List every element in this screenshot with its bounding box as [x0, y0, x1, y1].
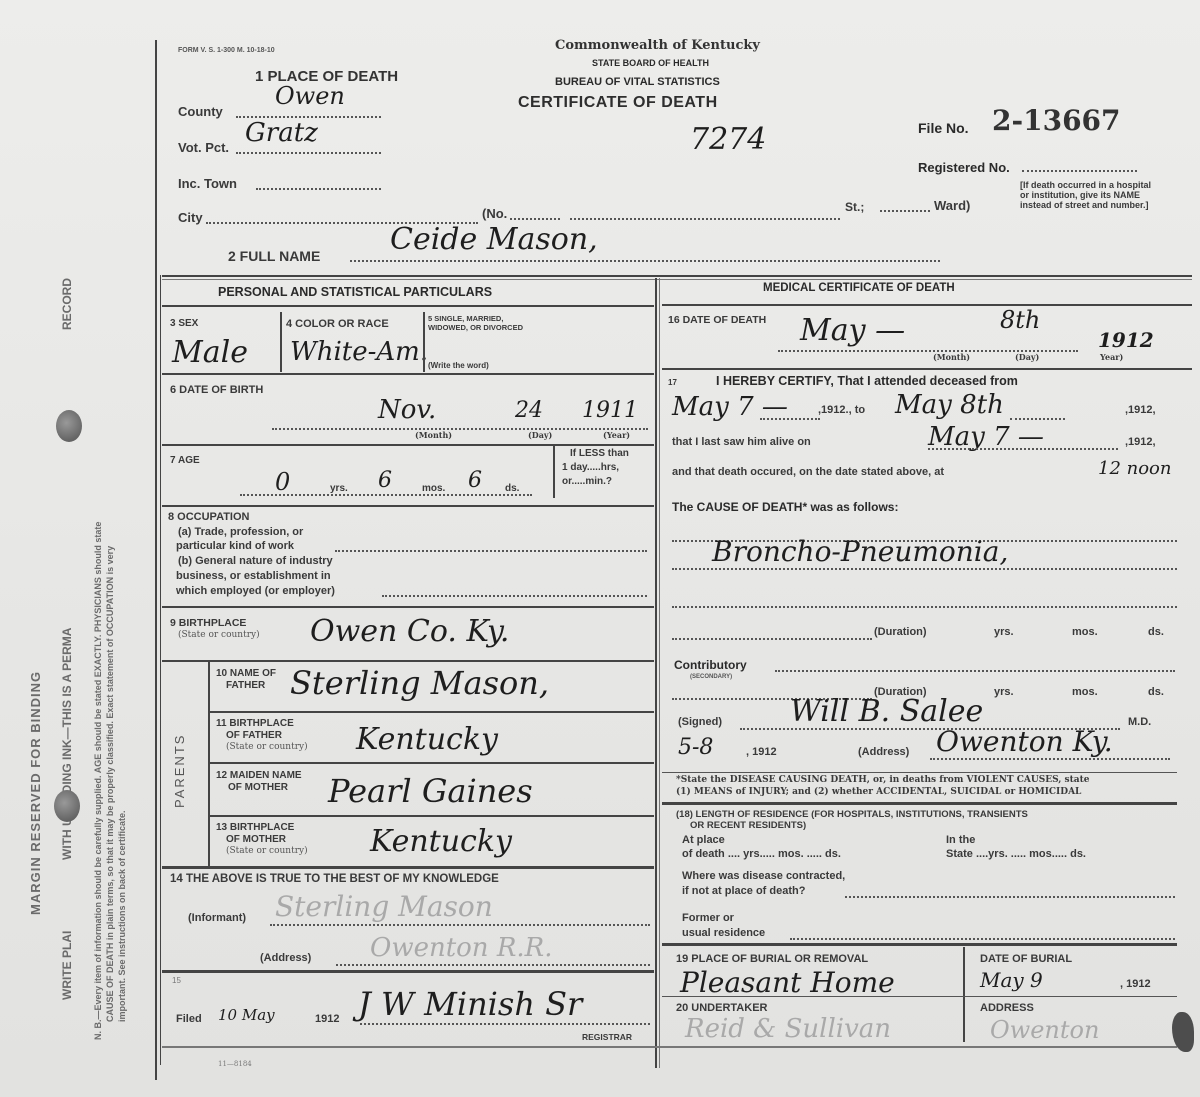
attended-from-field	[760, 418, 820, 420]
sex-divider	[280, 312, 282, 372]
father-name-value: Sterling Mason,	[290, 664, 549, 702]
certificate-title: CERTIFICATE OF DEATH	[518, 94, 718, 112]
last-saw-label: that I last saw him alive on	[672, 436, 811, 448]
residence-label-2: OR RECENT RESIDENTS)	[690, 820, 806, 831]
father-birthplace-label-2: OF FATHER	[226, 730, 282, 741]
medical-address-field	[930, 758, 1170, 760]
st-label: St.;	[845, 200, 864, 214]
separator-top-2	[162, 279, 1192, 280]
personal-section-title: PERSONAL AND STATISTICAL PARTICULARS	[218, 285, 492, 299]
dob-year: 1911	[582, 398, 638, 423]
residence-rule	[662, 943, 1177, 946]
cause-duration-yrs: yrs.	[994, 626, 1014, 638]
cause-field-3	[672, 606, 1177, 608]
bottom-rule	[162, 1046, 1177, 1048]
parents-side-label: PARENTS	[172, 734, 187, 808]
at-place-label-2: of death .... yrs..... mos. ..... ds.	[682, 848, 841, 860]
bureau-heading: BUREAU OF VITAL STATISTICS	[555, 76, 720, 88]
dod-day-caption: (Day)	[1015, 352, 1039, 362]
former-residence-field	[790, 938, 1175, 940]
undertaker-address-value: Owenton	[990, 1016, 1099, 1044]
punch-hole-top	[56, 410, 82, 442]
birthplace-hint: (State or country)	[178, 630, 260, 640]
occupation-a-line1: (a) Trade, profession, or	[178, 526, 303, 538]
form-code: FORM V. S. 1-300 M. 10-18-10	[178, 47, 275, 54]
race-label: 4 COLOR OR RACE	[286, 318, 389, 330]
margin-write-plainly-a: WRITE PLAI	[60, 931, 74, 1000]
file-no-label: File No.	[918, 120, 969, 136]
registrar-field	[360, 1023, 650, 1025]
dob-day: 24	[515, 398, 543, 423]
left-border-inner	[160, 275, 161, 1065]
contributory-duration-yrs: yrs.	[994, 686, 1014, 698]
footnote-line2: (1) MEANS of INJURY; and (2) whether ACC…	[676, 787, 1081, 797]
undertaker-value: Reid & Sullivan	[685, 1014, 891, 1044]
contracted-label-2: if not at place of death?	[682, 885, 805, 897]
registrar-label: REGISTRAR	[582, 1032, 632, 1042]
inc-town-label: Inc. Town	[178, 176, 237, 191]
attended-to-field	[1010, 418, 1065, 420]
informant-field	[270, 924, 650, 926]
occupation-a-field	[335, 550, 647, 552]
parents-divider	[208, 662, 210, 868]
occupation-b-line1: (b) General nature of industry	[178, 555, 333, 567]
cause-value: Broncho-Pneumonia,	[712, 535, 1008, 568]
center-divider-2	[659, 278, 660, 1068]
parents-rule-3	[210, 815, 654, 817]
margin-instructions-line3: important. See instructions on back of c…	[116, 522, 128, 1040]
secondary-label: (SECONDARY)	[690, 674, 732, 680]
occupation-a-line2: particular kind of work	[176, 540, 294, 552]
age-yrs-label: yrs.	[330, 483, 348, 494]
date-of-death-label: 16 DATE OF DEATH	[668, 314, 766, 326]
mother-birthplace-label-2: OF MOTHER	[226, 834, 286, 845]
filed-number: 15	[172, 976, 181, 985]
parents-rule-1	[210, 711, 654, 713]
contributory-duration-ds: ds.	[1148, 686, 1164, 698]
dob-day-caption: (Day)	[528, 430, 552, 440]
father-birthplace-label-1: 11 BIRTHPLACE	[216, 718, 294, 729]
age-mos-label: mos.	[422, 483, 445, 494]
occupation-b-line2: business, or establishment in	[176, 570, 331, 582]
margin-instructions-line2: CAUSE OF DEATH in plain terms, so that i…	[104, 522, 116, 1040]
certify-statement: I HEREBY CERTIFY, That I attended deceas…	[716, 374, 1018, 388]
age-field	[240, 494, 532, 496]
margin-write-plainly-c: RECORD	[60, 278, 74, 330]
margin-binding-note: MARGIN RESERVED FOR BINDING	[28, 671, 43, 915]
birthplace-label: 9 BIRTHPLACE	[170, 617, 246, 629]
signed-value: Will B. Salee	[790, 694, 983, 729]
less-than-line2: 1 day.....hrs,	[562, 462, 619, 473]
death-time-label: and that death occured, on the date stat…	[672, 466, 944, 478]
dob-label: 6 DATE OF BIRTH	[170, 384, 263, 396]
burial-place-label: 19 PLACE OF BURIAL OR REMOVAL	[676, 953, 868, 965]
age-divider	[553, 446, 555, 498]
contributory-field	[775, 670, 1175, 672]
signed-label: (Signed)	[678, 716, 722, 728]
father-name-label-1: 10 NAME OF	[216, 668, 276, 679]
full-name-value: Ceide Mason,	[390, 222, 598, 257]
father-name-label-2: FATHER	[226, 680, 265, 691]
race-divider	[423, 312, 425, 372]
medical-section-title: MEDICAL CERTIFICATE OF DEATH	[763, 282, 955, 294]
informant-rule	[162, 970, 654, 973]
dob-year-caption: (Year)	[603, 430, 630, 440]
birthplace-value: Owen Co. Ky.	[310, 614, 509, 649]
burial-place-value: Pleasant Home	[680, 966, 895, 999]
last-saw-year: ,1912,	[1125, 436, 1156, 448]
mother-name-label-1: 12 MAIDEN NAME	[216, 770, 302, 781]
date-of-death-year: 1912	[1098, 328, 1154, 352]
dob-field	[272, 428, 648, 430]
stamp-number: 7274	[690, 122, 766, 157]
dob-month-caption: (Month)	[415, 430, 452, 440]
footnote-rule-bottom	[662, 802, 1177, 805]
footnote-line1: *State the DISEASE CAUSING DEATH, or, in…	[676, 775, 1090, 785]
inc-town-field	[256, 188, 381, 190]
age-label: 7 AGE	[170, 455, 200, 466]
registrar-signature: J W Minish Sr	[358, 985, 582, 1023]
informant-value: Sterling Mason	[275, 890, 493, 923]
vot-pct-value: Gratz	[245, 118, 318, 148]
occupation-label: 8 OCCUPATION	[168, 511, 250, 523]
marital-hint: (Write the word)	[428, 361, 489, 370]
row-rule-5	[162, 660, 654, 662]
footnote-rule-top	[662, 772, 1177, 773]
registered-no-field	[1022, 170, 1137, 172]
former-residence-label-2: usual residence	[682, 927, 765, 939]
margin-instructions-line1: N. B.—Every item of information should b…	[92, 522, 104, 1040]
city-label: City	[178, 210, 203, 225]
vot-pct-field	[236, 152, 381, 154]
last-saw-field	[928, 448, 1118, 450]
burial-date-year: , 1912	[1120, 978, 1151, 990]
commonwealth-heading: Commonwealth of Kentucky	[555, 38, 760, 53]
date-of-death-month: May —	[800, 313, 905, 348]
attended-to: May 8th	[895, 390, 1004, 420]
cause-field-2	[672, 568, 1177, 570]
attended-from-year: ,1912., to	[818, 404, 865, 416]
father-birthplace-value: Kentucky	[356, 722, 498, 757]
mother-birthplace-label-3: (State or country)	[226, 846, 308, 856]
attended-to-year: ,1912,	[1125, 404, 1156, 416]
county-value: Owen	[275, 82, 345, 110]
at-place-label-1: At place	[682, 834, 725, 846]
ward-field	[880, 210, 930, 212]
mother-birthplace-value: Kentucky	[370, 824, 512, 859]
date-of-death-day: 8th	[1000, 306, 1040, 334]
filed-year: 1912	[315, 1013, 339, 1025]
informant-address-value: Owenton R.R.	[370, 933, 553, 963]
parents-rule-bottom	[162, 866, 654, 869]
cause-duration-ds: ds.	[1148, 626, 1164, 638]
center-divider	[655, 278, 657, 1068]
dod-month-caption: (Month)	[933, 352, 970, 362]
personal-rule	[162, 305, 654, 307]
death-time-value: 12 noon	[1098, 458, 1172, 479]
in-state-label-1: In the	[946, 834, 975, 846]
age-months: 6	[378, 468, 392, 493]
burial-divider	[963, 947, 965, 1042]
margin-write-plainly-b: WITH UNFADING INK—THIS IS A PERMA	[60, 628, 74, 860]
cause-duration-field	[672, 638, 872, 640]
burial-date-value: May 9	[980, 968, 1043, 992]
less-than-line3: or.....min.?	[562, 476, 612, 487]
parents-rule-2	[210, 762, 654, 764]
burial-rule	[662, 996, 1177, 997]
md-label: M.D.	[1128, 716, 1151, 728]
filed-date: 10 May	[218, 1006, 275, 1024]
medical-rule-2	[662, 368, 1192, 370]
cause-label: The CAUSE OF DEATH* was as follows:	[672, 500, 898, 514]
filed-label: Filed	[176, 1013, 202, 1025]
contributory-duration-mos: mos.	[1072, 686, 1098, 698]
street-field	[570, 218, 840, 220]
less-than-line1: If LESS than	[570, 448, 629, 459]
county-label: County	[178, 104, 223, 119]
sign-year: , 1912	[746, 746, 777, 758]
death-certificate-page: MARGIN RESERVED FOR BINDING WRITE PLAI W…	[0, 0, 1200, 1097]
informant-address-field	[336, 964, 650, 966]
marital-label: 5 SINGLE, MARRIED, WIDOWED, OR DIVORCED	[428, 314, 523, 332]
age-years: 0	[275, 468, 290, 496]
sex-label: 3 SEX	[170, 318, 198, 329]
residence-label-1: (18) LENGTH OF RESIDENCE (FOR HOSPITALS,…	[676, 809, 1028, 820]
contracted-field	[845, 896, 1175, 898]
vot-pct-label: Vot. Pct.	[178, 140, 229, 155]
row-rule-1	[162, 373, 654, 375]
street-no-label: (No.	[482, 206, 507, 221]
informant-address-label: (Address)	[260, 952, 311, 964]
former-residence-label-1: Former or	[682, 912, 734, 924]
medical-address-value: Owenton Ky.	[936, 725, 1113, 758]
margin-instructions: N. B.—Every item of information should b…	[92, 522, 128, 1040]
file-no-value: 2-13667	[992, 104, 1121, 137]
father-birthplace-label-3: (State or country)	[226, 742, 308, 752]
dob-month: Nov.	[378, 395, 436, 425]
punch-hole-bottom	[54, 790, 80, 822]
row-rule-2	[162, 444, 654, 446]
age-ds-label: ds.	[505, 483, 519, 494]
registered-no-label: Registered No.	[918, 160, 1010, 175]
undertaker-label: 20 UNDERTAKER	[676, 1002, 767, 1014]
race-value: White-Am.	[290, 337, 428, 367]
cause-duration-mos: mos.	[1072, 626, 1098, 638]
contributory-label: Contributory	[674, 658, 747, 672]
contracted-label-1: Where was disease contracted,	[682, 870, 845, 882]
burial-date-label: DATE OF BURIAL	[980, 953, 1072, 965]
informant-statement: 14 THE ABOVE IS TRUE TO THE BEST OF MY K…	[170, 873, 499, 885]
mother-name-value: Pearl Gaines	[328, 772, 533, 810]
street-no-field	[510, 218, 560, 220]
mother-name-label-2: OF MOTHER	[228, 782, 288, 793]
full-name-field	[350, 260, 940, 262]
separator-top	[162, 275, 1192, 277]
cause-duration-label: (Duration)	[874, 626, 927, 638]
informant-label: (Informant)	[188, 912, 246, 924]
mother-birthplace-label-1: 13 BIRTHPLACE	[216, 822, 294, 833]
left-border	[155, 40, 157, 1080]
in-state-label-2: State ....yrs. ..... mos..... ds.	[946, 848, 1086, 860]
print-code: 11—8184	[218, 1060, 252, 1068]
certify-number: 17	[668, 378, 677, 387]
dod-year-caption: Year)	[1100, 352, 1123, 362]
row-rule-4	[162, 606, 654, 608]
age-days: 6	[468, 468, 482, 493]
ward-label: Ward)	[934, 198, 970, 213]
row-rule-3	[162, 505, 654, 507]
undertaker-address-label: ADDRESS	[980, 1002, 1034, 1014]
sign-date: 5-8	[678, 735, 713, 760]
medical-rule	[662, 304, 1192, 306]
sex-value: Male	[172, 335, 248, 370]
full-name-label: 2 FULL NAME	[228, 248, 320, 264]
hospital-note: [If death occurred in a hospital or inst…	[1020, 180, 1160, 210]
occupation-b-field	[382, 595, 647, 597]
state-board-heading: STATE BOARD OF HEALTH	[592, 58, 709, 68]
occupation-b-line3: which employed (or employer)	[176, 585, 335, 597]
medical-address-label: (Address)	[858, 746, 909, 758]
